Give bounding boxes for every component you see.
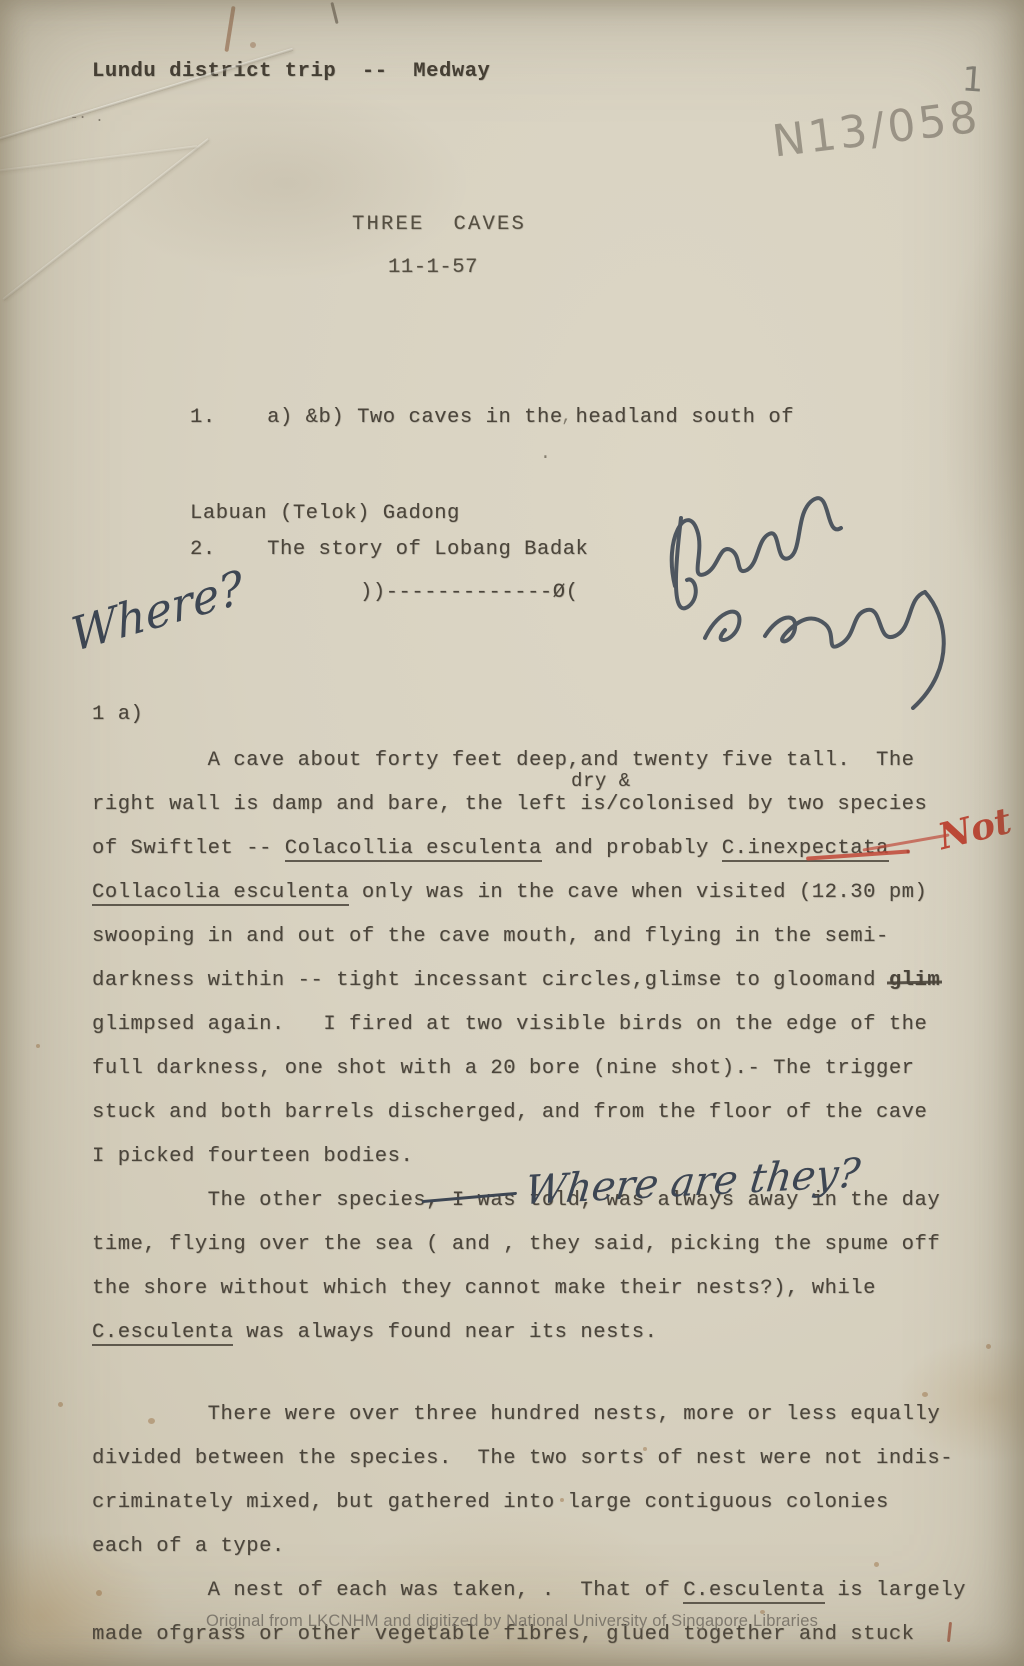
ink-smudge: [224, 6, 235, 52]
scanned-document-page: Lundu district trip -- Medway -· . N13/0…: [0, 0, 1024, 1666]
typed-line: swooping in and out of the cave mouth, a…: [92, 924, 966, 968]
page-number-handwritten: 1: [961, 59, 985, 100]
paper-crease: [0, 145, 197, 174]
typed-line: full darkness, one shot with a 20 bore (…: [92, 1056, 966, 1100]
typed-line: There were over three hundred nests, mor…: [92, 1402, 966, 1446]
typed-line: divided between the species. The two sor…: [92, 1446, 966, 1490]
page-title: THREE CAVES: [352, 213, 526, 236]
document-header: Lundu district trip -- Medway: [92, 60, 490, 83]
typed-line: time, flying over the sea ( and , they s…: [92, 1232, 966, 1276]
paper-crease: [3, 138, 210, 300]
toc-item-1-line-1: 1. a) &b) Two caves in the headland sout…: [190, 404, 794, 454]
document-date: 11-1-57: [388, 256, 478, 279]
stray-marks: -· .: [70, 110, 104, 126]
where-question-annotation: Where?: [68, 559, 247, 662]
typed-line: each of a type.: [92, 1534, 966, 1578]
toc-item-2: 2. The story of Lobang Badak: [190, 490, 588, 632]
typed-line: C.esculenta was always found near its ne…: [92, 1320, 966, 1364]
typed-line: glimpsed again. I fired at two visible b…: [92, 1012, 966, 1056]
section-label: 1 a): [92, 703, 143, 726]
typed-line: criminately mixed, but gathered into lar…: [92, 1490, 966, 1534]
typed-line: right wall is damp and bare, the left is…: [92, 792, 966, 836]
ink-flourish-dash: [422, 1191, 517, 1202]
typed-line: the shore without which they cannot make…: [92, 1276, 966, 1320]
library-watermark: Original from LKCNHM and digitized by Na…: [0, 1612, 1024, 1631]
typed-line: stuck and both barrels discherged, and f…: [92, 1100, 966, 1144]
stray-apostrophe: ’: [560, 418, 571, 438]
ink-scrawl-annotation: [645, 468, 1015, 728]
typed-line: darkness within -- tight incessant circl…: [92, 968, 966, 1012]
typed-divider: ))-------------Ø(: [360, 581, 578, 604]
typed-line: Collacolia esculenta only was in the cav…: [92, 880, 966, 924]
typed-line: A cave about forty feet deep,and twenty …: [92, 748, 966, 792]
stray-dot: ·: [540, 448, 551, 468]
catalog-number-handwritten: N13/058: [770, 91, 983, 167]
ink-smudge: [250, 42, 256, 48]
toc-item-2-line-1: 2. The story of Lobang Badak: [190, 536, 588, 586]
ink-smudge: [330, 2, 338, 24]
